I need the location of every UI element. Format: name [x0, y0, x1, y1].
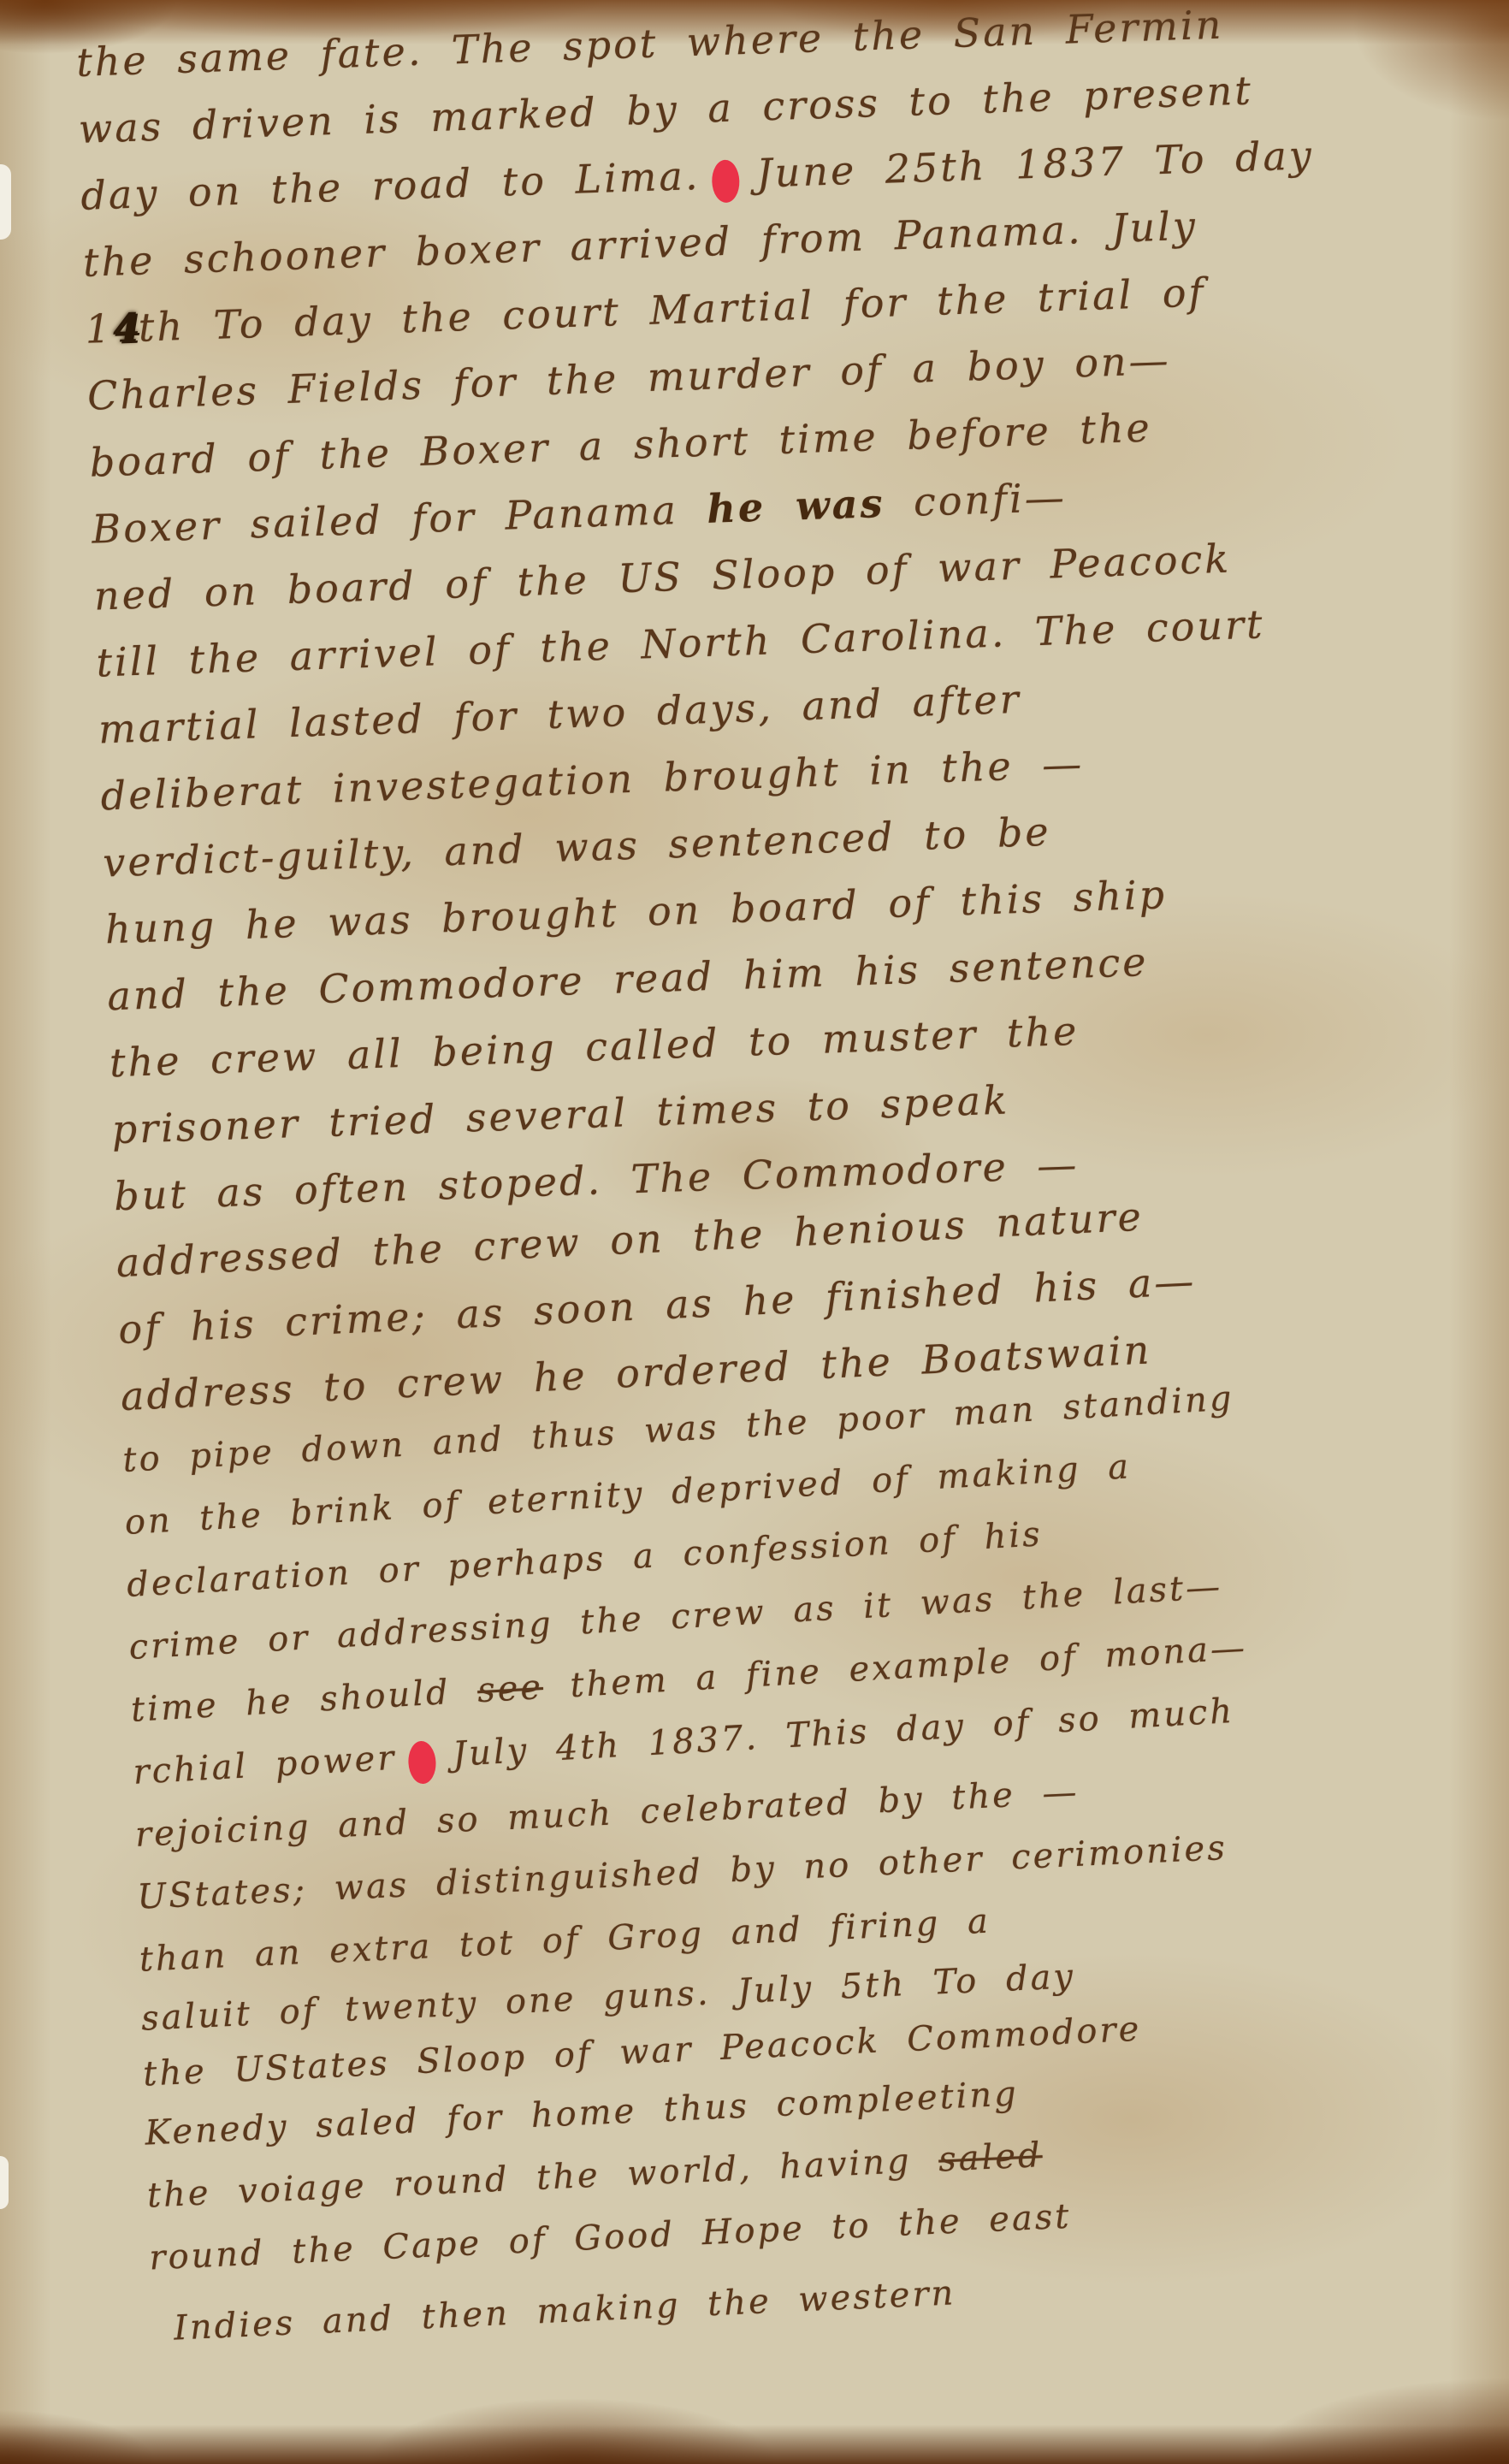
paper-edge-gap [0, 164, 11, 240]
manuscript-text: saled [938, 2135, 1043, 2179]
red-dot-marker [407, 1740, 437, 1785]
manuscript-text: Boxer sailed for Panama [92, 486, 708, 553]
manuscript-text: time he should [130, 1671, 479, 1730]
manuscript-text: 1 [85, 305, 114, 352]
manuscript-text: 4 [112, 305, 139, 352]
manuscript-text: rchial power [132, 1738, 397, 1792]
manuscript-text: June 25th 1837 To day [755, 132, 1314, 197]
manuscript-text: he was [706, 480, 885, 532]
manuscript-text: day on the road to Lima. [80, 152, 701, 219]
manuscript-text: Indies and then making the western [173, 2273, 956, 2348]
manuscript-text: see [476, 1667, 544, 1710]
red-dot-marker [712, 159, 741, 203]
text-block: the same fate. The spot where the San Fe… [75, 0, 1509, 2361]
manuscript-page: the same fate. The spot where the San Fe… [0, 0, 1509, 2464]
paper-edge-gap [0, 2156, 9, 2209]
manuscript-text: confi— [884, 474, 1067, 526]
